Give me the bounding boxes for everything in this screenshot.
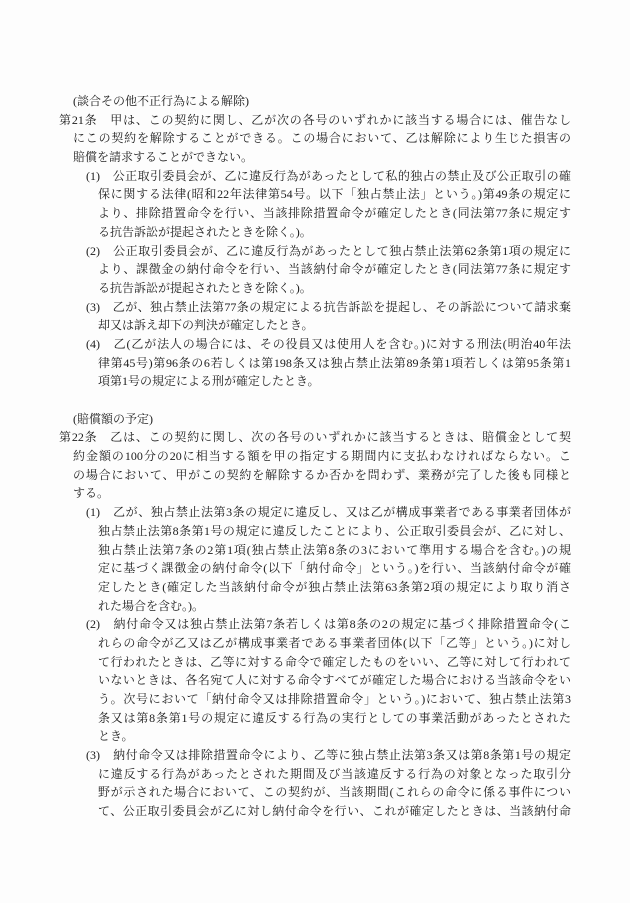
text-line: (1) 乙が、独占禁止法第3条の規定に違反し、又は乙が構成事業者である事業者団体… <box>59 503 571 522</box>
text-line: にこの契約を解除することができる。この場合において、乙は解除により生じた損害の <box>59 129 571 148</box>
text-line: 定したとき(確定した当該納付命令が独占禁止法第63条第2項の規定により取り消さ <box>59 578 571 597</box>
text-line: 却又は訴え却下の判決が確定したとき。 <box>59 316 571 335</box>
text-line: 独占禁止法第7条の2第1項(独占禁止法第8条の3において準用する場合を含む。)の… <box>59 541 571 560</box>
text-line: る抗告訴訟が提起されたときを除く。)。 <box>59 279 571 298</box>
text-line: 条又は第8条第1号の規定に違反する行為の実行としての事業活動があったとされた <box>59 709 571 728</box>
text-line: 保に関する法律(昭和22年法律第54号。以下「独占禁止法」という。)第49条の規… <box>59 185 571 204</box>
contract-text: (談合その他不正行為による解除) 第21条 甲は、この契約に関し、乙が次の各号の… <box>59 92 571 821</box>
text-line: (3) 納付命令又は排除措置命令により、乙等に独占禁止法第3条又は第8条第1号の… <box>59 746 571 765</box>
text-line: 賠償を請求することができない。 <box>59 148 571 167</box>
text-line: (3) 乙が、独占禁止法第77条の規定による抗告訴訟を提起し、その訴訟について請… <box>59 298 571 317</box>
text-line: 第21条 甲は、この契約に関し、乙が次の各号のいずれかに該当する場合には、催告な… <box>59 111 571 130</box>
text-line: 第22条 乙は、この契約に関し、次の各号のいずれかに該当するときは、賠償金として… <box>59 428 571 447</box>
article21-heading: (談合その他不正行為による解除) <box>59 92 571 111</box>
text-line: れらの命令が乙又は乙が構成事業者である事業者団体(以下「乙等」という。)に対し <box>59 634 571 653</box>
text-line: (4) 乙(乙が法人の場合には、その役員又は使用人を含む。)に対する刑法(明治4… <box>59 335 571 354</box>
text-line: れた場合を含む。)。 <box>59 597 571 616</box>
text-line: の場合において、甲がこの契約を解除するか否かを問わず、業務が完了した後も同様と <box>59 466 571 485</box>
text-line: る抗告訴訟が提起されたときを除く。)。 <box>59 223 571 242</box>
text-line: いないときは、各名宛て人に対する命令すべてが確定した場合における当該命令をい <box>59 671 571 690</box>
document-page: (談合その他不正行為による解除) 第21条 甲は、この契約に関し、乙が次の各号の… <box>0 0 630 903</box>
text-line: (2) 公正取引委員会が、乙に違反行為があったとして独占禁止法第62条第1項の規… <box>59 242 571 261</box>
text-line: 野が示された場合において、この契約が、当該期間(これらの命令に係る事件につい <box>59 783 571 802</box>
text-line: (2) 納付命令又は独占禁止法第7条若しくは第8条の2の規定に基づく排除措置命令… <box>59 615 571 634</box>
text-line: より、排除措置命令を行い、当該排除措置命令が確定したとき(同法第77条に規定す <box>59 204 571 223</box>
text-line: 定に基づく課徴金の納付命令(以下「納付命令」という。)を行い、当該納付命令が確 <box>59 559 571 578</box>
text-line: て、公正取引委員会が乙に対し納付命令を行い、これが確定したときは、当該納付命 <box>59 802 571 821</box>
text-line: とき。 <box>59 727 571 746</box>
article22-heading: (賠償額の予定) <box>59 410 571 429</box>
text-line: する。 <box>59 484 571 503</box>
text-line: に違反する行為があったとされた期間及び当該違反する行為の対象となった取引分 <box>59 765 571 784</box>
text-line: より、課徴金の納付命令を行い、当該納付命令が確定したとき(同法第77条に規定す <box>59 260 571 279</box>
text-line: て行われたときは、乙等に対する命令で確定したものをいい、乙等に対して行われて <box>59 653 571 672</box>
text-line: う。次号において「納付命令又は排除措置命令」という。)において、独占禁止法第3 <box>59 690 571 709</box>
text-line: 律第45号)第96条の6若しくは第198条又は独占禁止法第89条第1項若しくは第… <box>59 354 571 373</box>
text-line: 項第1号の規定による刑が確定したとき。 <box>59 372 571 391</box>
blank-line <box>59 391 571 410</box>
text-line: 約金額の100分の20に相当する額を甲の指定する期間内に支払わなければならない。… <box>59 447 571 466</box>
text-line: 独占禁止法第8条第1号の規定に違反したことにより、公正取引委員会が、乙に対し、 <box>59 522 571 541</box>
text-line: (1) 公正取引委員会が、乙に違反行為があったとして私的独占の禁止及び公正取引の… <box>59 167 571 186</box>
